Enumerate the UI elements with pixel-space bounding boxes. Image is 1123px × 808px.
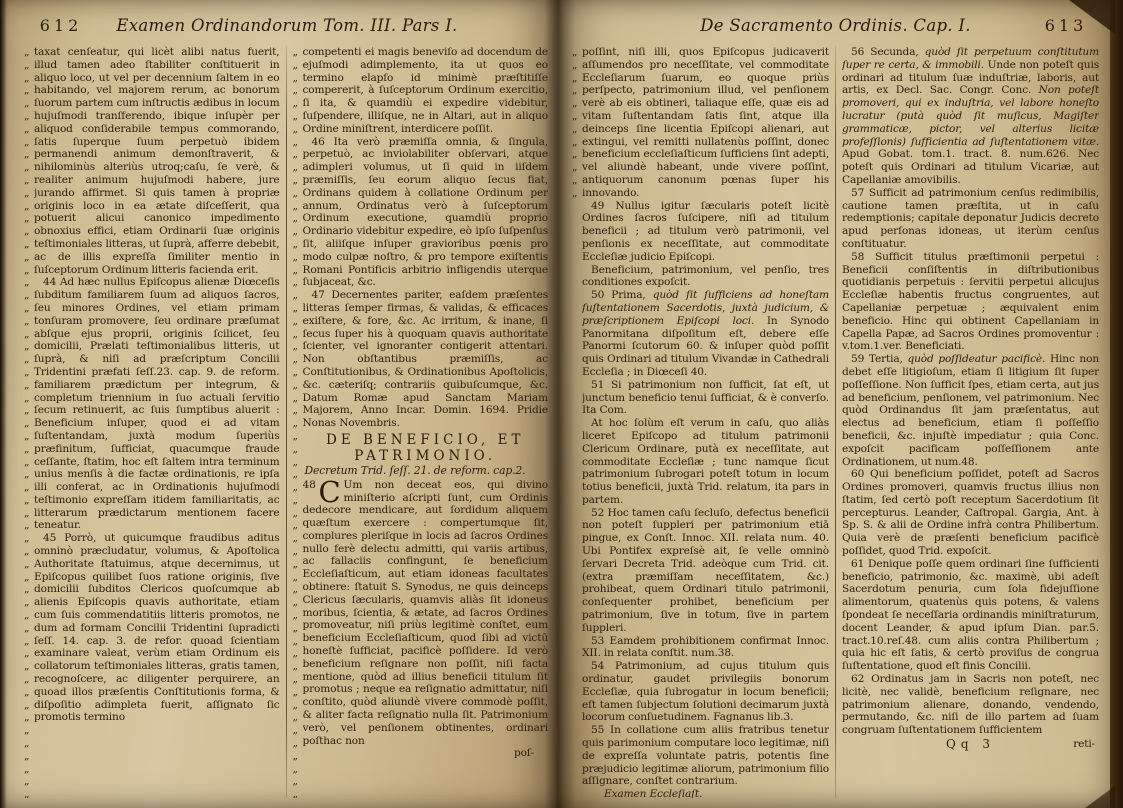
paragraph-62: 62 Ordinatus jam in Sacris non poteſt, n… <box>842 673 1099 737</box>
signature-row: Qq 3 reti- <box>842 738 1099 751</box>
column-divider <box>835 46 836 798</box>
book-board-right <box>1110 0 1123 808</box>
paragraph-43: taxat cenſeatur, qui licèt alibi natus f… <box>34 46 280 276</box>
left-column-2: „ „ „ „ „ „ „ „ „ „ „ „ „ „ „ „ „ „ „ „ … <box>293 46 549 798</box>
book-edge-left <box>0 0 7 808</box>
page-right: De Sacramento Ordinis. Cap. I. 613 „ „ „… <box>556 0 1123 808</box>
column-text: competenti ei magis beneviſo ad docendum… <box>303 46 549 798</box>
paragraph-53: 53 Eamdem prohibitionem confirmat Innoc.… <box>582 635 829 661</box>
running-title-left: Examen Ordinandorum Tom. III. Pars I. <box>96 16 478 35</box>
paragraph-51: 51 Si patrimonium non ſufficit, ſat eſt,… <box>582 379 829 417</box>
paragraph-48: 48CUm non deceat eos, qui divino miniſte… <box>303 479 549 748</box>
p59-tail: Hinc non debet eſſe litigioſum, etiam ſi… <box>842 353 1099 467</box>
paragraph-61: 61 Denique poſſe quem ordinari ſine ſuff… <box>842 558 1099 673</box>
paragraph-56: 56 Secunda, quòd ſit perpetuum conſtitut… <box>842 46 1099 187</box>
signature-title: Examen Eccleſiaſt. <box>604 788 829 798</box>
paragraph-45: 45 Porrò, ut quicumque fraudibus aditus … <box>34 532 280 724</box>
paragraph-60: 60 Qui beneficium poſſidet, poteſt ad Sa… <box>842 468 1099 558</box>
right-column-2: 56 Secunda, quòd ſit perpetuum conſtitut… <box>842 46 1099 798</box>
catchword-right: reti- <box>995 738 1099 751</box>
paragraph-44: 44 Ad hæc nullus Epiſcopus alienæ Diœceſ… <box>34 276 280 532</box>
book-spread: 612 Examen Ordinandorum Tom. III. Pars I… <box>0 0 1123 808</box>
paragraph-52: 52 Hoc tamen caſu ſecluſo, defectus bene… <box>582 507 829 635</box>
section-heading-line1: DE BENEFICIO, ET <box>326 432 525 448</box>
drop-cap: C <box>319 480 341 504</box>
column-text: poſſint, niſi illi, quos Epiſcopus judic… <box>582 46 829 798</box>
page-number-right: 613 <box>1031 16 1101 35</box>
page-body-left: „ „ „ „ „ „ „ „ „ „ „ „ „ „ „ „ „ „ „ „ … <box>0 44 556 798</box>
section-number: 48 <box>303 479 316 492</box>
paragraph-45-cont: competenti ei magis beneviſo ad docendum… <box>303 46 549 136</box>
running-title-right: De Sacramento Ordinis. Cap. I. <box>640 16 1031 35</box>
paragraph-59: 59 Tertia, quòd poſſideatur pacificè. Hi… <box>842 353 1099 468</box>
paragraph-47: 47 Decernentes pariter, eaſdem præſentes… <box>303 289 549 430</box>
right-column-1: „ „ „ „ „ „ „ „ „ „ „ „ poſſint, niſi il… <box>572 46 829 798</box>
page-header-right: De Sacramento Ordinis. Cap. I. 613 <box>556 0 1123 44</box>
catchword-left: poſ- <box>303 747 549 760</box>
p59-lead: 59 Tertia, <box>851 353 907 365</box>
paragraph-48-cont: poſſint, niſi illi, quos Epiſcopus judic… <box>582 46 829 200</box>
column-text: 56 Secunda, quòd ſit perpetuum conſtitut… <box>842 46 1099 798</box>
quote-gutter: „ „ „ „ „ „ „ „ „ „ „ „ <box>572 46 582 798</box>
paragraph-54: 54 Patrimonium, ad cujus titulum quis or… <box>582 660 829 724</box>
section-heading: DE BENEFICIO, ETPATRIMONIO. <box>303 432 549 464</box>
paragraph-50: 50 Prima, quòd ſit ſufficiens ad honeſta… <box>582 289 829 379</box>
paragraph-49: 49 Nullus igitur ſæcularis poteſt licitè… <box>582 200 829 264</box>
page-number-left: 612 <box>26 16 96 35</box>
paragraph-46: 46 Ita verò præmiſſa omnia, & ſingula, p… <box>303 136 549 290</box>
p56-tail: Apud Gobat. tom.1. tract. 8. num.626. Ne… <box>842 148 1099 186</box>
left-column-1: „ „ „ „ „ „ „ „ „ „ „ „ „ „ „ „ „ „ „ „ … <box>24 46 280 798</box>
page-body-right: „ „ „ „ „ „ „ „ „ „ „ „ poſſint, niſi il… <box>556 44 1123 798</box>
paragraph-55: 55 In collatione cum aliis fratribus ten… <box>582 724 829 788</box>
paragraph-57: 57 Sufficit ad patrimonium cenſus redimi… <box>842 187 1099 251</box>
signature-mark: Qq 3 <box>946 738 995 751</box>
paragraph-48-text: Um non deceat eos, qui divino miniſterio… <box>303 479 549 747</box>
quote-gutter: „ „ „ „ „ „ „ „ „ „ „ „ „ „ „ „ „ „ „ „ … <box>24 46 34 798</box>
p50-lead: 50 Prima, <box>591 289 653 301</box>
column-text: taxat cenſeatur, qui licèt alibi natus f… <box>34 46 280 798</box>
section-heading-line2: PATRIMONIO. <box>354 448 496 464</box>
paragraph-conditions: Beneficium, patrimonium, vel penſio, tre… <box>582 264 829 290</box>
p56-lead: 56 Secunda, <box>851 46 925 58</box>
p59-italic: quòd poſſideatur pacificè. <box>907 353 1045 365</box>
page-left: 612 Examen Ordinandorum Tom. III. Pars I… <box>0 0 556 808</box>
section-subheading: Decretum Trid. ſeſſ. 21. de reform. cap.… <box>305 465 549 478</box>
quote-gutter: „ „ „ „ „ „ „ „ „ „ „ „ „ „ „ „ „ „ „ „ … <box>293 46 303 798</box>
paragraph-58: 58 Sufficit titulus præſtimonii perpetui… <box>842 251 1099 353</box>
paragraph-at-hoc: At hoc ſolùm eſt verum in caſu, quo alià… <box>582 417 829 507</box>
column-divider <box>286 46 287 798</box>
page-header-left: 612 Examen Ordinandorum Tom. III. Pars I… <box>0 0 556 44</box>
